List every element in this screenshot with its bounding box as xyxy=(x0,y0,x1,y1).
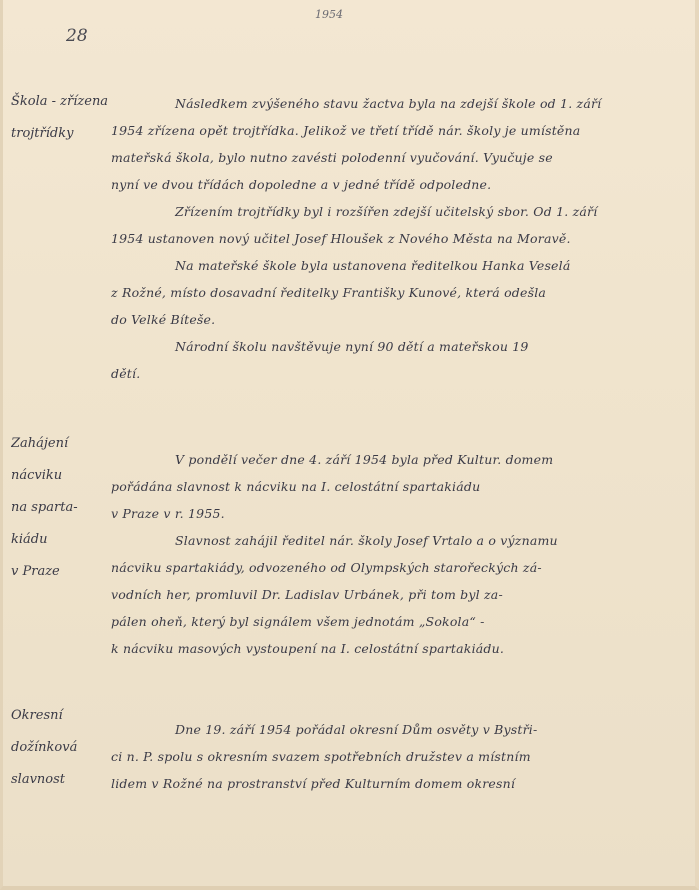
chronicle-page: 1954 28 Škola - zřízena trojtřídky Násle… xyxy=(0,0,699,890)
margin-note-spartakiad: Zahájení nácviku na sparta- kiádu v Praz… xyxy=(11,428,119,588)
page-year: 1954 xyxy=(315,8,343,21)
margin-note-school: Škola - zřízena trojtřídky xyxy=(11,86,119,150)
paragraph: Národní školu navštěvuje nyní 90 dětí a … xyxy=(111,333,665,387)
page-number: 28 xyxy=(66,26,88,46)
section-harvest: Dne 19. září 1954 pořádal okresní Dům os… xyxy=(111,716,665,797)
section-spartakiad: V pondělí večer dne 4. září 1954 byla př… xyxy=(111,446,665,662)
paragraph: Zřízením trojtřídky byl i rozšířen zdejš… xyxy=(111,198,665,252)
margin-note-harvest: Okresní dožínková slavnost xyxy=(11,700,119,796)
paragraph: Následkem zvýšeného stavu žactva byla na… xyxy=(111,90,665,198)
paragraph: Slavnost zahájil ředitel nár. školy Jose… xyxy=(111,527,665,662)
section-school: Následkem zvýšeného stavu žactva byla na… xyxy=(111,90,665,387)
paragraph: V pondělí večer dne 4. září 1954 byla př… xyxy=(111,446,665,527)
paragraph: Na mateřské škole byla ustanovena ředite… xyxy=(111,252,665,333)
paragraph: Dne 19. září 1954 pořádal okresní Dům os… xyxy=(111,716,665,797)
